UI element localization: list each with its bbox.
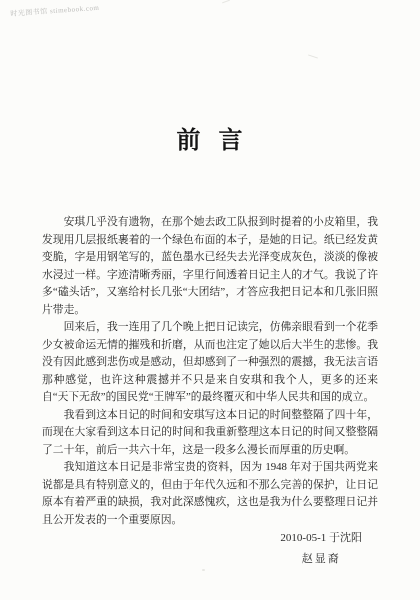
paragraph-1: 安琪几乎没有遗物，在那个她去政工队报到时提着的小皮箱里，我发现用几层报纸裹着的一… (42, 214, 378, 319)
signature-dateline: 2010-05-1 于沈阳 (280, 528, 362, 549)
signature-author-name: 赵显裔 (280, 549, 362, 570)
paragraph-2: 回来后，我一连用了几个晚上把日记读完，仿佛亲眼看到一个花季少女被命运无情的摧残和… (42, 319, 378, 407)
scanned-book-page: 时光图书馆 stimebook.com 前 言 安琪几乎没有遗物，在那个她去政工… (0, 0, 420, 600)
paragraph-4: 我知道这本日记是非常宝贵的资料，因为 1948 年对于国共两党来说都是具有特别意… (42, 459, 378, 529)
signature-block: 2010-05-1 于沈阳 赵显裔 (280, 528, 362, 570)
scan-artifact (308, 54, 318, 58)
scan-artifact (222, 0, 230, 3)
preface-body: 安琪几乎没有遗物，在那个她去政工队报到时提着的小皮箱里，我发现用几层报纸裹着的一… (42, 214, 378, 529)
library-watermark: 时光图书馆 stimebook.com (10, 3, 100, 19)
scan-artifact (202, 569, 205, 571)
paragraph-3: 我看到这本日记的时间和安琪写这本日记的时间整整隔了四十年，而现在大家看到这本日记… (42, 407, 378, 460)
preface-title: 前 言 (0, 120, 420, 155)
